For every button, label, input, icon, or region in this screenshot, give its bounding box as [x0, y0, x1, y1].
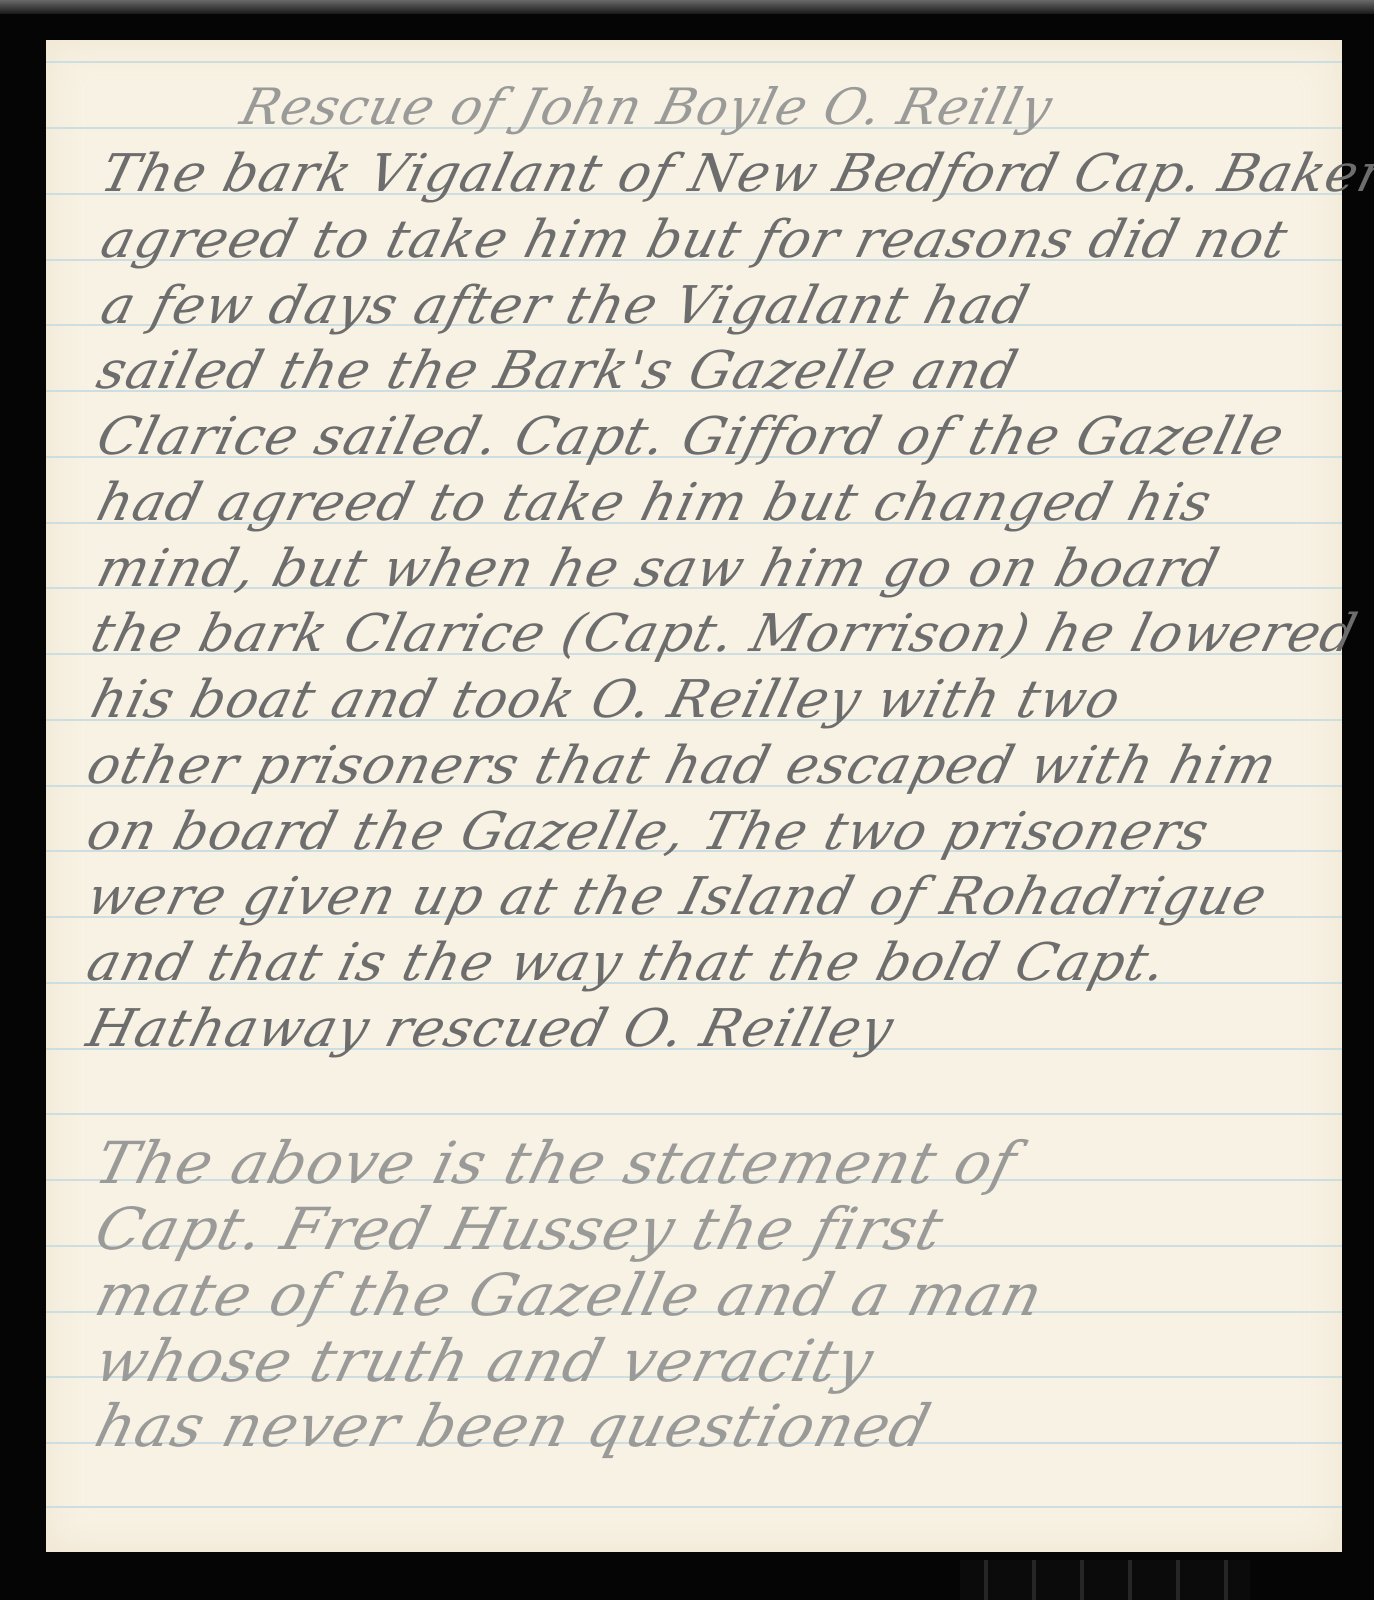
closing-line-5: has never been questioned [90, 1397, 937, 1455]
scanner-frame-bottom [960, 1560, 1250, 1600]
body-line-10: other prisoners that had escaped with hi… [82, 740, 1282, 792]
ruled-line [46, 1506, 1342, 1508]
closing-line-4: whose truth and veracity [90, 1332, 880, 1390]
body-line-12: were given up at the Island of Rohadrigu… [82, 871, 1273, 923]
body-line-13: and that is the way that the bold Capt. [82, 937, 1172, 989]
document-title: Rescue of John Boyle O. Reilly [236, 82, 1058, 132]
body-line-6: had agreed to take him but changed his [92, 477, 1217, 529]
body-line-14: Hathaway rescued O. Reilley [82, 1003, 899, 1055]
closing-line-1: The above is the statement of [90, 1134, 1023, 1192]
body-line-8: the bark Clarice (Capt. Morrison) he low… [86, 608, 1362, 660]
closing-line-2: Capt. Fred Hussey the first [90, 1200, 949, 1258]
body-line-3: a few days after the Vigalant had [96, 280, 1034, 332]
body-line-2: agreed to take him but for reasons did n… [96, 214, 1293, 266]
body-line-7: mind, but when he saw him go on board [92, 543, 1224, 595]
closing-line-3: mate of the Gazelle and a man [90, 1266, 1049, 1324]
body-line-5: Clarice sailed. Capt. Gifford of the Gaz… [92, 411, 1290, 463]
body-line-9: his boat and took O. Reilley with two [86, 674, 1126, 726]
body-line-11: on board the Gazelle, The two prisoners [82, 806, 1214, 858]
ruled-paper-sheet: Rescue of John Boyle O. Reilly The bark … [46, 40, 1342, 1552]
body-line-4: sailed the the Bark's Gazelle and [92, 345, 1023, 397]
scanner-frame-top [0, 0, 1374, 14]
body-line-1: The bark Vigalant of New Bedford Cap. Ba… [96, 148, 1374, 200]
ruled-line [46, 61, 1342, 63]
ruled-line [46, 1113, 1342, 1115]
